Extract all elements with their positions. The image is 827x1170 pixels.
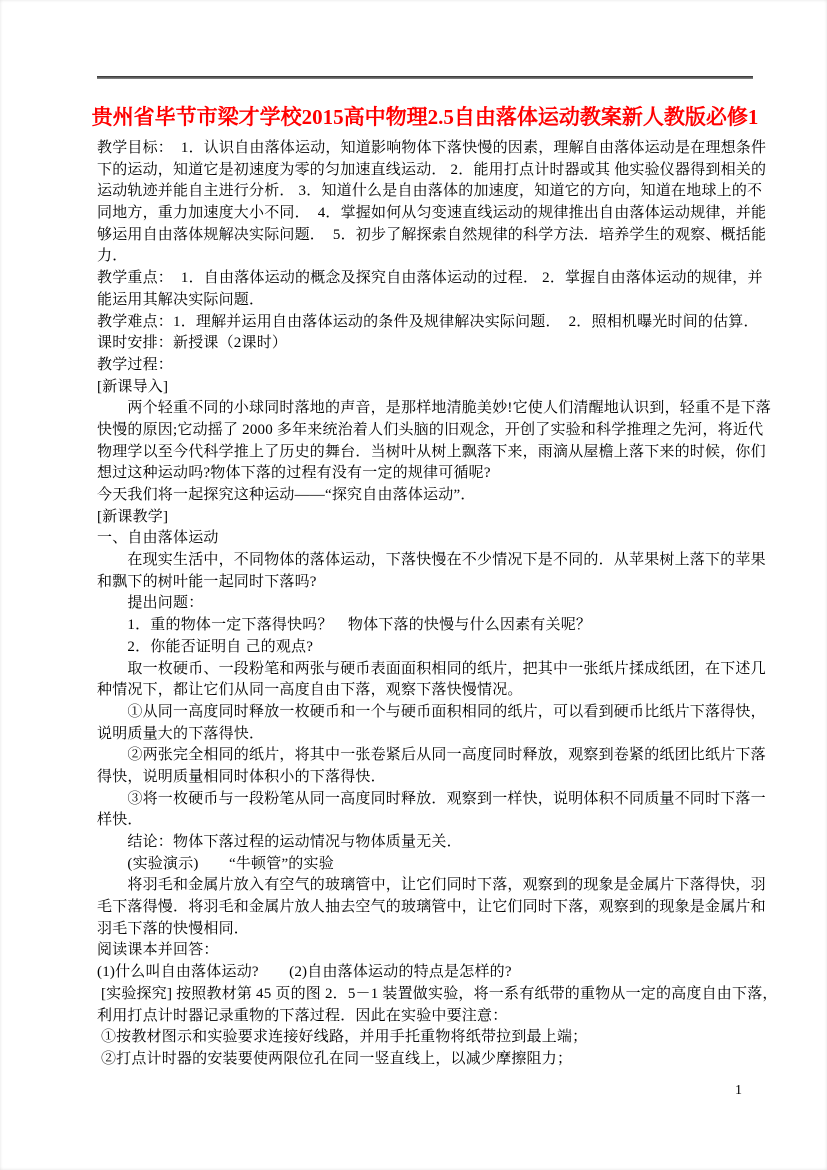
text-line: ②打点计时器的安装要使两限位孔在同一竖直线上，以减少摩擦阻力； <box>97 1049 759 1071</box>
document-title: 贵州省毕节市梁才学校2015高中物理2.5自由落体运动教案新人教版必修1 <box>90 101 760 131</box>
text-line: 今天我们将一起探究这种运动——“探究自由落体运动”． <box>97 485 759 507</box>
text-line: 教学过程： <box>97 355 759 377</box>
text-line: 1．重的物体一定下落得快吗？ 物体下落的快慢与什么因素有关呢？ <box>97 615 759 637</box>
text-line: 同地方，重力加速度大小不同． 4．掌握如何从匀变速直线运动的规律推出自由落体运动… <box>97 203 759 225</box>
text-line: 下的运动，知道它是初速度为零的匀加速直线运动． 2．能用打点计时器或其 他实验仪… <box>97 160 759 182</box>
text-line: [实验探究] 按照教材第 45 页的图 2．5－1 装置做实验，将一系有纸带的重… <box>97 984 759 1006</box>
text-line: [新课教学] <box>97 507 759 529</box>
text-line: 运动轨迹并能自主进行分析． 3．知道什么是自由落体的加速度，知道它的方向，知道在… <box>97 181 759 203</box>
text-line: 和飘下的树叶能一起同时下落吗? <box>97 572 759 594</box>
text-line: 力． <box>97 246 759 268</box>
text-line: 快慢的原因;它动摇了 2000 多年来统治着人们头脑的旧观念，开创了实验和科学推… <box>97 420 759 442</box>
text-line: 教学重点： 1．自由落体运动的概念及探究自由落体运动的过程． 2．掌握自由落体运… <box>97 268 759 290</box>
text-line: ①从同一高度同时释放一枚硬币和一个与硬币面积相同的纸片，可以看到硬币比纸片下落得… <box>97 702 759 724</box>
text-line: 取一枚硬币、一段粉笔和两张与硬币表面面积相同的纸片，把其中一张纸片揉成纸团，在下… <box>97 659 759 681</box>
text-line: [新课导入] <box>97 377 759 399</box>
text-line: 阅读课本并回答： <box>97 940 759 962</box>
text-line: 2．你能否证明自 己的观点? <box>97 637 759 659</box>
text-line: 利用打点计时器记录重物的下落过程．因此在实验中要注意： <box>97 1006 759 1028</box>
text-line: 羽毛下落的快慢相同． <box>97 919 759 941</box>
text-line: 得快，说明质量相同时体积小的下落得快． <box>97 767 759 789</box>
text-line: 样快． <box>97 810 759 832</box>
text-line: 种情况下，都让它们从同一高度自由下落，观察下落快慢情况。 <box>97 680 759 702</box>
text-line: 结论：物体下落过程的运动情况与物体质量无关． <box>97 832 759 854</box>
text-line: 毛下落得慢．将羽毛和金属片放人抽去空气的玻璃管中，让它们同时下落，观察到的现象是… <box>97 897 759 919</box>
text-line: (实验演示) “牛顿管”的实验 <box>97 854 759 876</box>
text-line: 能运用其解决实际问题． <box>97 290 759 312</box>
text-line: 一、自由落体运动 <box>97 528 759 550</box>
page-number: 1 <box>97 1083 742 1099</box>
document-body: 教学目标： 1．认识自由落体运动，知道影响物体下落快慢的因素，理解自由落体运动是… <box>97 138 759 1071</box>
title-divider-rule <box>97 76 753 79</box>
text-line: (1)什么叫自由落体运动? (2)自由落体运动的特点是怎样的? <box>97 962 759 984</box>
text-line: 两个轻重不同的小球同时落地的声音，是那样地清脆美妙!它使人们清醒地认识到，轻重不… <box>97 398 759 420</box>
text-line: 够运用自由落体规解决实际问题． 5．初步了解探索自然规律的科学方法．培养学生的观… <box>97 225 759 247</box>
document-page: 贵州省毕节市梁才学校2015高中物理2.5自由落体运动教案新人教版必修1 教学目… <box>0 0 827 1170</box>
text-line: 在现实生活中，不同物体的落体运动，下落快慢在不少情况下是不同的．从苹果树上落下的… <box>97 550 759 572</box>
text-line: 将羽毛和金属片放入有空气的玻璃管中，让它们同时下落，观察到的现象是金属片下落得快… <box>97 875 759 897</box>
text-line: 课时安排：新授课（2课时） <box>97 333 759 355</box>
text-line: ③将一枚硬币与一段粉笔从同一高度同时释放．观察到一样快，说明体积不同质量不同时下… <box>97 789 759 811</box>
text-line: 教学目标： 1．认识自由落体运动，知道影响物体下落快慢的因素，理解自由落体运动是… <box>97 138 759 160</box>
text-line: ①按教材图示和实验要求连接好线路，并用手托重物将纸带拉到最上端； <box>97 1027 759 1049</box>
text-line: 教学难点：1．理解并运用自由落体运动的条件及规律解决实际问题． 2．照相机曝光时… <box>97 312 759 334</box>
text-line: 说明质量大的下落得快． <box>97 724 759 746</box>
text-line: ②两张完全相同的纸片，将其中一张卷紧后从同一高度同时释放，观察到卷紧的纸团比纸片… <box>97 745 759 767</box>
text-line: 想过这种运动吗?物体下落的过程有没有一定的规律可循呢? <box>97 463 759 485</box>
text-line: 提出问题： <box>97 593 759 615</box>
text-line: 物理学以至今代科学推上了历史的舞台．当树叶从树上飘落下来，雨滴从屋檐上落下来的时… <box>97 442 759 464</box>
